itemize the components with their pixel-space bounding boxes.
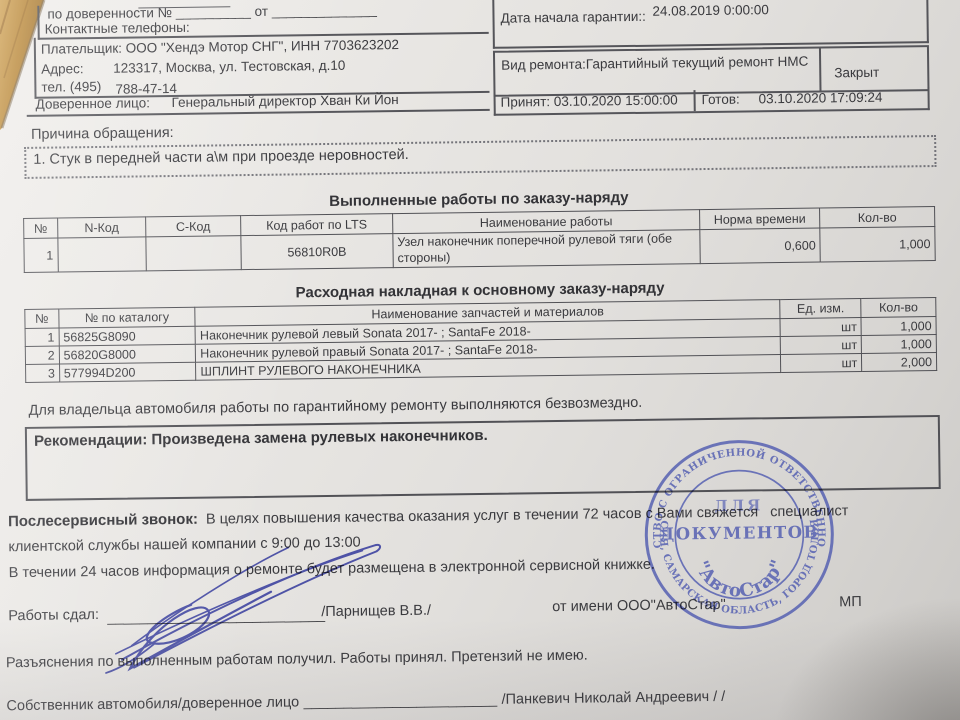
pen-signature — [0, 0, 960, 720]
photo-scene: по доверенности № __________ от ________… — [0, 0, 960, 720]
document-content: по доверенности № __________ от ________… — [0, 0, 960, 720]
